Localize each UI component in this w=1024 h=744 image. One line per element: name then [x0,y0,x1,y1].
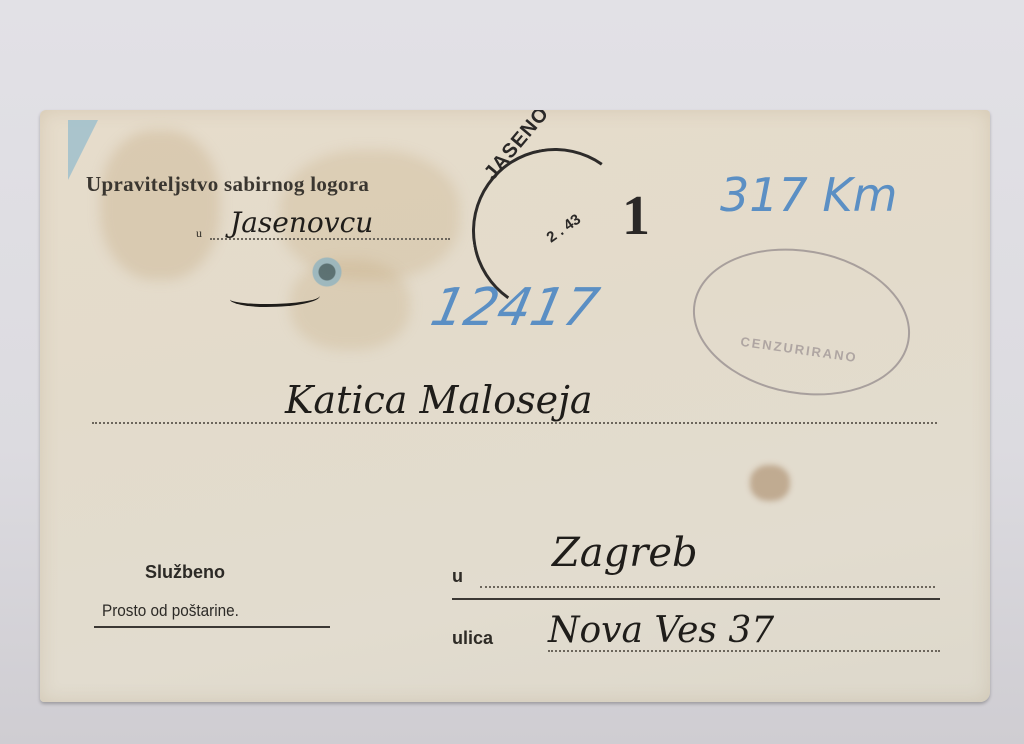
sender-location-prefix: u [196,226,202,241]
postcard: Upraviteljstvo sabirnog logora u Jasenov… [40,110,990,702]
recipient-name: Katica Maloseja [285,378,593,422]
street-prefix: ulica [452,628,493,649]
solid-line [452,598,940,600]
sender-header: Upraviteljstvo sabirnog logora [86,172,369,197]
water-stain [290,260,410,350]
dotted-line [92,422,937,424]
dotted-line [548,650,940,652]
sender-location-handwritten: Jasenovcu [230,206,373,239]
brown-spot [750,465,790,501]
dotted-line [480,586,935,588]
city-prefix: u [452,566,463,587]
pencil-note-number: 12417 [426,278,604,338]
water-stain [100,130,220,280]
recipient-city: Zagreb [552,530,698,576]
censor-oval-stamp [681,232,922,412]
pencil-note-distance: 317 Km [720,168,897,222]
official-subtitle: Prosto od poštarine. [102,601,239,621]
official-title: Službeno [145,562,225,583]
postmark-number: 1 [622,184,650,248]
postage-stamp-fragment [312,248,342,288]
recipient-street: Nova Ves 37 [548,610,774,651]
postage-stamp-fragment [68,120,98,180]
underline [94,626,330,628]
dotted-line [210,238,450,240]
